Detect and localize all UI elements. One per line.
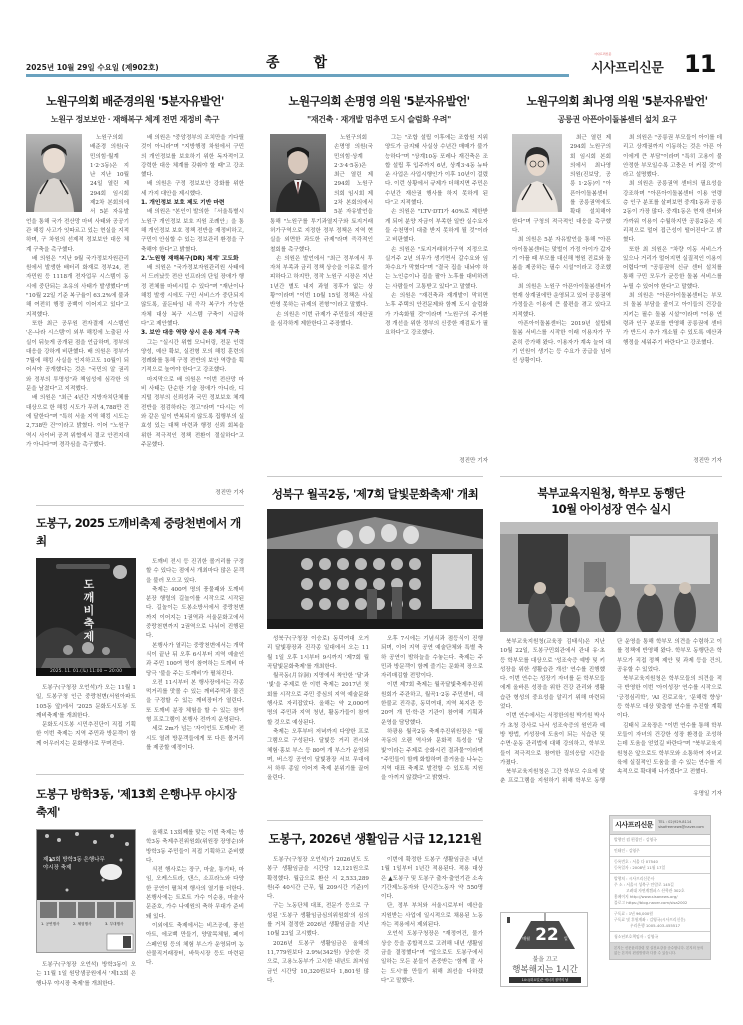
paragraph: 이외에도 축제에서는 비즈공예, 풍선아트, 에코백 만들기, 양말목체험, 페… xyxy=(146,922,244,968)
article-body-right: 올해로 13회째를 맞는 이번 축제는 방학3동 축제추진위원회(위원장 장영순… xyxy=(146,829,244,989)
colophon-bank: 우리은행 1005-403-455517 xyxy=(614,923,706,929)
portrait-icon xyxy=(512,134,562,212)
divider xyxy=(36,774,244,775)
logo-tagline: 시사프리신문 xyxy=(594,52,611,56)
bae-portrait xyxy=(26,134,82,212)
divider xyxy=(267,820,483,821)
colophon-logo: 시사프리신문 xyxy=(613,819,655,831)
parents-seminar xyxy=(500,522,718,632)
headline: 노원구의회 배준경의원 '5분자유발언' xyxy=(26,93,244,109)
paragraph: 손 의원은 "재건축과 재개발이 막히면 노후 주택의 안전문제와 함께 도시 … xyxy=(385,292,488,338)
paragraph: 손 의원은 "LTV·DTI가 40%로 제한받게 되어 분양 자금이 부족한 … xyxy=(385,208,488,245)
byline: 정진만 기자 xyxy=(512,456,722,464)
divider xyxy=(36,505,244,506)
paragraph: 마지막으로 배 의원은 "이번 전산망 마비 사태는 단순한 기술 장애가 아니… xyxy=(141,376,244,450)
section-heading: 2.'노원형 재해복구(DR) 체계' 고도화 xyxy=(141,255,244,264)
poster-section-3: 3. 부대행사 xyxy=(105,922,123,927)
colophon-email: sisafreenews@naver.com xyxy=(658,825,704,830)
paragraph: 배 의원은 "본인이 발의한 「서울특별시 노원구 개인정보 보호 지원 조례안… xyxy=(141,208,244,254)
article-bukbu: 북부교육지원청, 학부모 동행단 10월 아이성장 연수 실시 북부교육지원청(… xyxy=(500,485,722,797)
paragraph: 도깨비 전시 등 진귀한 볼거리를 구경할 수 있다는 점에서 개최마다 많은 … xyxy=(146,558,244,586)
article-body-left: 도봉구(구청장 오언석) 방학3동이 오는 11월 1일 원당샘공원에서 '제1… xyxy=(36,961,136,989)
byline: 정진만 기자 xyxy=(26,488,244,496)
paragraph: 손 의원은 "토지거래허가구역 지정으로 실거주 2년 의무가 생기면서 갈수요… xyxy=(385,246,488,292)
article-bae: 노원구의회 배준경의원 '5분자유발언' 노원구 정보보안 · 재해복구 체계 … xyxy=(26,93,244,496)
paragraph: 손 의원은 발언에서 "최근 정부에서 투자처 부족과 금리 정책 상승을 이유… xyxy=(270,255,373,311)
colophon-blog-link[interactable]: 블로그 https://blog.naver.com/sisa2002 xyxy=(614,900,706,906)
paragraph: 하광용 월곡2동 축제추진위원장은 "월곡동의 오랜 역사와 문화적 특성을 '… xyxy=(381,728,483,784)
paragraph: 식전 행사로는 장구, 마술, 통기타, 마임, 오케스트라, 댄스, 소프라노… xyxy=(146,866,244,922)
paragraph: 최 의원은 노원구 아픈아이돌봄센터가 현재 상계권에만 운영되고 있어 공릉권… xyxy=(512,283,611,320)
paragraph: 성북구(구청장 이승로) 동덕여대 오거리 달빛광장과 진각종 일대에서 오는 … xyxy=(267,635,369,672)
headline-line-2: 10월 아이성장 연수 실시 xyxy=(500,501,722,517)
poster-title: 도깨비축제 xyxy=(82,578,96,643)
energy-saving-ad: 매월 22 일 불을 끄고 행복해지는 1시간 14시(화요일)은 에너지 절약… xyxy=(500,912,588,987)
paragraph: 이번 연수에서는 서정한의원 박기원 박사가 초청 강사로 나서 성조숙증의 원… xyxy=(500,712,605,768)
article-body-left: 도봉구(구청장 오언석)가 오는 11월 1일, 도봉구청 인근 중랑천변(서원… xyxy=(36,684,136,749)
paragraph: 그는 "실시간 위협 모니터링, 전문 인력 양성, 예산 확보, 실전형 모의… xyxy=(141,339,244,376)
paragraph: 최 의원은 공릉권역 센터의 필요성을 강조하며 "아픈아이돌봄센터 이용 연령… xyxy=(623,180,722,245)
portrait-icon xyxy=(26,134,82,212)
paragraph: 배 의원은 "최근 4년간 지방자치단체를 대상으로 한 해킹 시도가 무려 4… xyxy=(26,394,129,450)
paragraph: 도봉구(구청장 오언석)가 오는 11월 1일, 도봉구청 인근 중랑천변(서원… xyxy=(36,684,136,721)
colophon-header: 시사프리신문 TEL : 02)929-8114 sisafreenews@na… xyxy=(610,816,710,835)
paragraph: 그는 "조합 설립 이후에는 조합원 지위 양도가 금지돼 사실상 수년간 매매… xyxy=(385,134,488,208)
article-body: 성북구(구청장 이승로) 동덕여대 오거리 달빛광장과 진각종 일대에서 오는 … xyxy=(267,635,483,784)
poster-title: 제13회 방학3동 은행나무 야시장 축제 xyxy=(43,856,105,872)
paragraph: 손 의원은 이번 규제가 주민들의 재산권을 심각하게 제한한다고 주장했다. xyxy=(270,311,373,330)
paragraph: 세로 2m가 넘는 '자이언트 도깨비' 전시도 열려 방문객들에게 또 다른 … xyxy=(146,725,244,753)
section-heading: 3. 보안 대응 역량 상시 운용 체계 구축 xyxy=(141,329,244,338)
paragraph: 최 의원은 "아픈아이돌봄센터는 부모의 돌봄 부담을 줄이고 아이들의 건강을… xyxy=(623,292,722,348)
paragraph: 축제는 오후부터 저녁까지 다양한 프로그램으로 구성된다. 달빛등 거리 전시… xyxy=(267,728,369,784)
headline: 노원구의회 손명영 의원 '5분자유발언' xyxy=(270,93,488,109)
article-body: 노원구의회 배준경 의원(국민의힘·월계1·2·3동)은 지난 지난 10월 2… xyxy=(26,134,244,486)
stage-photo-icon xyxy=(267,509,483,629)
article-banghak: 도봉구 방학3동, '제13회 은행나무 야시장 축제' 제13회 방학3동 은… xyxy=(36,785,244,989)
dokkaebi-poster: 도깨비축제 2025. 11. 01.(토) 11:00 ~ 20:00 xyxy=(36,558,136,676)
newspaper-logo: 시사프리신문 시사프리신문 11 xyxy=(591,52,721,78)
choi-portrait xyxy=(512,134,562,212)
ad-label-right: 일 xyxy=(564,936,568,941)
paragraph: 최 의원은 5분 자유발언을 통해 "아픈 아이돌봄센터는 맞벌이 가정 아이가… xyxy=(512,236,611,282)
poster-section-1: 1. 공연행사 xyxy=(41,922,59,927)
paragraph: 최 의원은 "공릉권 부모들이 아이를 데리고 상계권까지 이동하는 것은 아픈… xyxy=(623,134,722,180)
article-body: 최근 열린 제294회 노원구의회 임시회 본회의에서 최나영 의원(진보당, … xyxy=(512,134,722,454)
section-heading: 1. 개인정보 보호 제도 기반 마련 xyxy=(141,199,244,208)
headline: 도봉구, 2025 도깨비축제 중랑천변에서 개최 xyxy=(36,514,244,550)
poster-section-2: 2. 체험행사 xyxy=(73,922,91,927)
colophon: 시사프리신문 TEL : 02)929-8114 sisafreenews@na… xyxy=(609,815,711,960)
article-dokkaebi: 도봉구, 2025 도깨비축제 중랑천변에서 개최 도깨비축제 2025. 11… xyxy=(36,514,244,753)
headline: 성북구 월곡2동, '제7회 달빛문화축제' 개최 xyxy=(267,485,483,503)
paragraph: 배 의원은 "지난 9월 국가정보자원관리원에서 발생한 배터리 화재로 정부2… xyxy=(26,255,129,320)
masthead-rule xyxy=(26,74,569,77)
colophon-printer: 인쇄인 : 김영주 xyxy=(610,846,710,857)
paragraph: 오전 11시부터 본 행사장에서는 각종 먹거리를 맛볼 수 있는 깨비주막과 … xyxy=(146,679,244,725)
paragraph: 또한 최근 공무원 전자결재 시스템인 '온-나라 시스템'이 외부 해킹에 노… xyxy=(26,320,129,394)
ad-label-top: 매월 xyxy=(522,936,530,941)
ad-footer: 14시(화요일)은 에너지 절약의 날 xyxy=(509,977,581,983)
son-portrait xyxy=(270,134,326,212)
paragraph: 단, 정부 부처와 서울시로부터 예산을 지원받는 사업에 일시적으로 채용된 … xyxy=(381,902,483,930)
paragraph: 배 의원은 "국가정보자원관리원 사태에서 드러났듯 전산 인프라의 단일 장애… xyxy=(141,264,244,329)
article-son: 노원구의회 손명영 의원 '5분자유발언' "재건축 · 재개발 멈추면 도시 … xyxy=(270,93,488,464)
page-number: 11 xyxy=(684,50,715,78)
headline-line-1: 북부교육지원청, 학부모 동행단 xyxy=(500,485,722,501)
poster-art-icon xyxy=(37,830,136,953)
ad-number: 22 xyxy=(535,925,559,945)
headline: 노원구의회 최나영 의원 '5분자유발언' xyxy=(512,93,722,109)
ginkgo-night-market-poster: 제13회 방학3동 은행나무 야시장 축제 1. 공연행사 2. 체험행사 3.… xyxy=(36,829,136,953)
paragraph: 북부교육지원청(교육장 김태식)은 지난 10월 22일, 도봉구민회관에서 관… xyxy=(500,638,605,712)
colophon-notice: 본지는 신문윤리강령 및 실천요강을 준수합니다. 본지의 동의 없는 본지의 … xyxy=(610,943,710,959)
ad-line-2: 행복해지는 1시간 xyxy=(501,963,589,975)
section-title: 종합 xyxy=(266,52,361,72)
subhead: 노원구 정보보안 · 재해복구 체계 전면 재정비 촉구 xyxy=(26,112,244,126)
logo-text: 시사프리신문 xyxy=(591,57,663,76)
byline: 유명일 기자 xyxy=(500,789,722,797)
paragraph: 2026년 도봉구 생활임금은 올해의 11,779원보다 2.9%(342원)… xyxy=(267,940,369,986)
article-wage: 도봉구, 2026년 생활임금 시급 12,121원 도봉구(구청장 오언석)가… xyxy=(267,830,483,986)
paragraph: 올해로 13회째를 맞는 이번 축제는 방학3동 축제추진위원회(위원장 장영순… xyxy=(146,829,244,866)
article-body: 노원구의회 손명영 의원(국민의힘·상계2·3·4·5동)은 최근 열린 제29… xyxy=(270,134,488,454)
divider xyxy=(267,476,483,477)
colophon-youth-officer: 청소년보호책임자 : 김영국 xyxy=(610,932,710,943)
paragraph: 배 의원은 "중앙정부의 조치만을 기다릴 것이 아니라"며 "지방행정 차원에… xyxy=(141,134,244,180)
byline: 정진만 기자 xyxy=(270,456,488,464)
paragraph: 김태식 교육장은 "이번 연수를 통해 학부모들이 자녀의 건강한 성장 환경을… xyxy=(617,722,722,778)
paragraph: 아픈아이돌봄센터는 2019년 설립돼 돌봄 서비스를 시작한 이래 이용자가 … xyxy=(512,320,611,366)
seminar-photo-icon xyxy=(500,522,718,632)
paragraph: 이번에 확정한 도봉구 생활임금은 내년 1월 1일부터 1년간 적용된다. 적… xyxy=(381,856,483,902)
divider xyxy=(500,476,722,477)
moon-festival-stage xyxy=(267,509,483,629)
paragraph: 오후 7시에는 기념식과 점등식이 진행되며, 이어 지역 공연 예술단체와 특… xyxy=(381,635,483,681)
paragraph: 도봉구(구청장 오언석)가 2026년도 도봉구 생활임금을 시간당 12,12… xyxy=(267,856,369,902)
paragraph: 문화도시도봉 시민추진단이 직접 기획한 이번 축제는 지역 주민과 방문객이 … xyxy=(36,721,136,749)
masthead: 2025년 10월 29일 수요일 (제902호) 종합 시사프리신문 시사프리… xyxy=(26,52,719,80)
subhead: "재건축 · 재개발 멈추면 도시 슬럼화 우려" xyxy=(270,112,488,126)
colophon-publisher: 발행인 겸 편집인 : 김영국 xyxy=(610,835,710,846)
headline: 도봉구, 2026년 생활임금 시급 12,121원 xyxy=(267,830,483,848)
paragraph: 배 의원은 구정 정보보안 강화를 위한 세 가지 대안을 제시했다. xyxy=(141,180,244,199)
issue-date: 2025년 10월 29일 수요일 (제902호) xyxy=(26,62,159,73)
article-choi: 노원구의회 최나영 의원 '5분자유발언' 공릉권 아픈아이돌봄센터 설치 요구… xyxy=(512,93,722,464)
article-body: 북부교육지원청(교육장 김태식)은 지난 10월 22일, 도봉구민회관에서 관… xyxy=(500,638,722,787)
paragraph: 오언석 도봉구청장은 "재정여건, 물가 상승 등을 종합적으로 고려해 내년 … xyxy=(381,930,483,986)
ad-line-1: 불을 끄고 xyxy=(501,954,589,963)
paragraph: 이번 제7회 축제는 월곡달빛축제추진위원회가 주관하고, 월곡1·2동 주민센… xyxy=(381,681,483,727)
poster-date: 2025. 11. 01.(토) 11:00 ~ 20:00 xyxy=(38,668,134,674)
paragraph: 본행사가 열리는 중랑천변에서는 개막식이 끝난 뒤 오후 6시부터 지역 예술… xyxy=(146,642,244,679)
paragraph: 도봉구(구청장 오언석) 방학3동이 오는 11월 1일 원당샘공원에서 '제1… xyxy=(36,961,136,989)
portrait-icon xyxy=(270,134,326,212)
subhead: 공릉권 아픈아이돌봄센터 설치 요구 xyxy=(512,112,722,126)
paragraph: 또한 최 의원은 "차량 이동 서비스가 있으나 거리가 멀어지면 실질적인 이… xyxy=(623,246,722,292)
paragraph: 축제는 400여 명의 풍물패와 도깨비 분장 행렬의 길놀이를 시작으로 시작… xyxy=(146,586,244,642)
paragraph: 북부교육지원청은 학부모들의 의견을 적극 반영한 이번 '아이성장' 연수를 … xyxy=(617,675,722,721)
article-body-right: 도깨비 전시 등 진귀한 볼거리를 구경할 수 있다는 점에서 개최마다 많은 … xyxy=(146,558,244,753)
colophon-reg-date: 등록일자 : 2008년 11월 17일 xyxy=(614,865,706,871)
paragraph: 월곡동(月谷洞) 지명에서 착안한 '달'과 '빛'을 주제로 한 이번 축제는… xyxy=(267,672,369,728)
article-body: 도봉구(구청장 오언석)가 2026년도 도봉구 생활임금을 시간당 12,12… xyxy=(267,856,483,986)
paragraph: 구는 노동단체 대표, 전문가 등으로 구성된 '도봉구 생활임금심의위원회'의… xyxy=(267,902,369,939)
headline: 도봉구 방학3동, '제13회 은행나무 야시장 축제' xyxy=(36,785,244,821)
article-wolgok: 성북구 월곡2동, '제7회 달빛문화축제' 개최 성북구(구청장 이승로) 동… xyxy=(267,485,483,784)
